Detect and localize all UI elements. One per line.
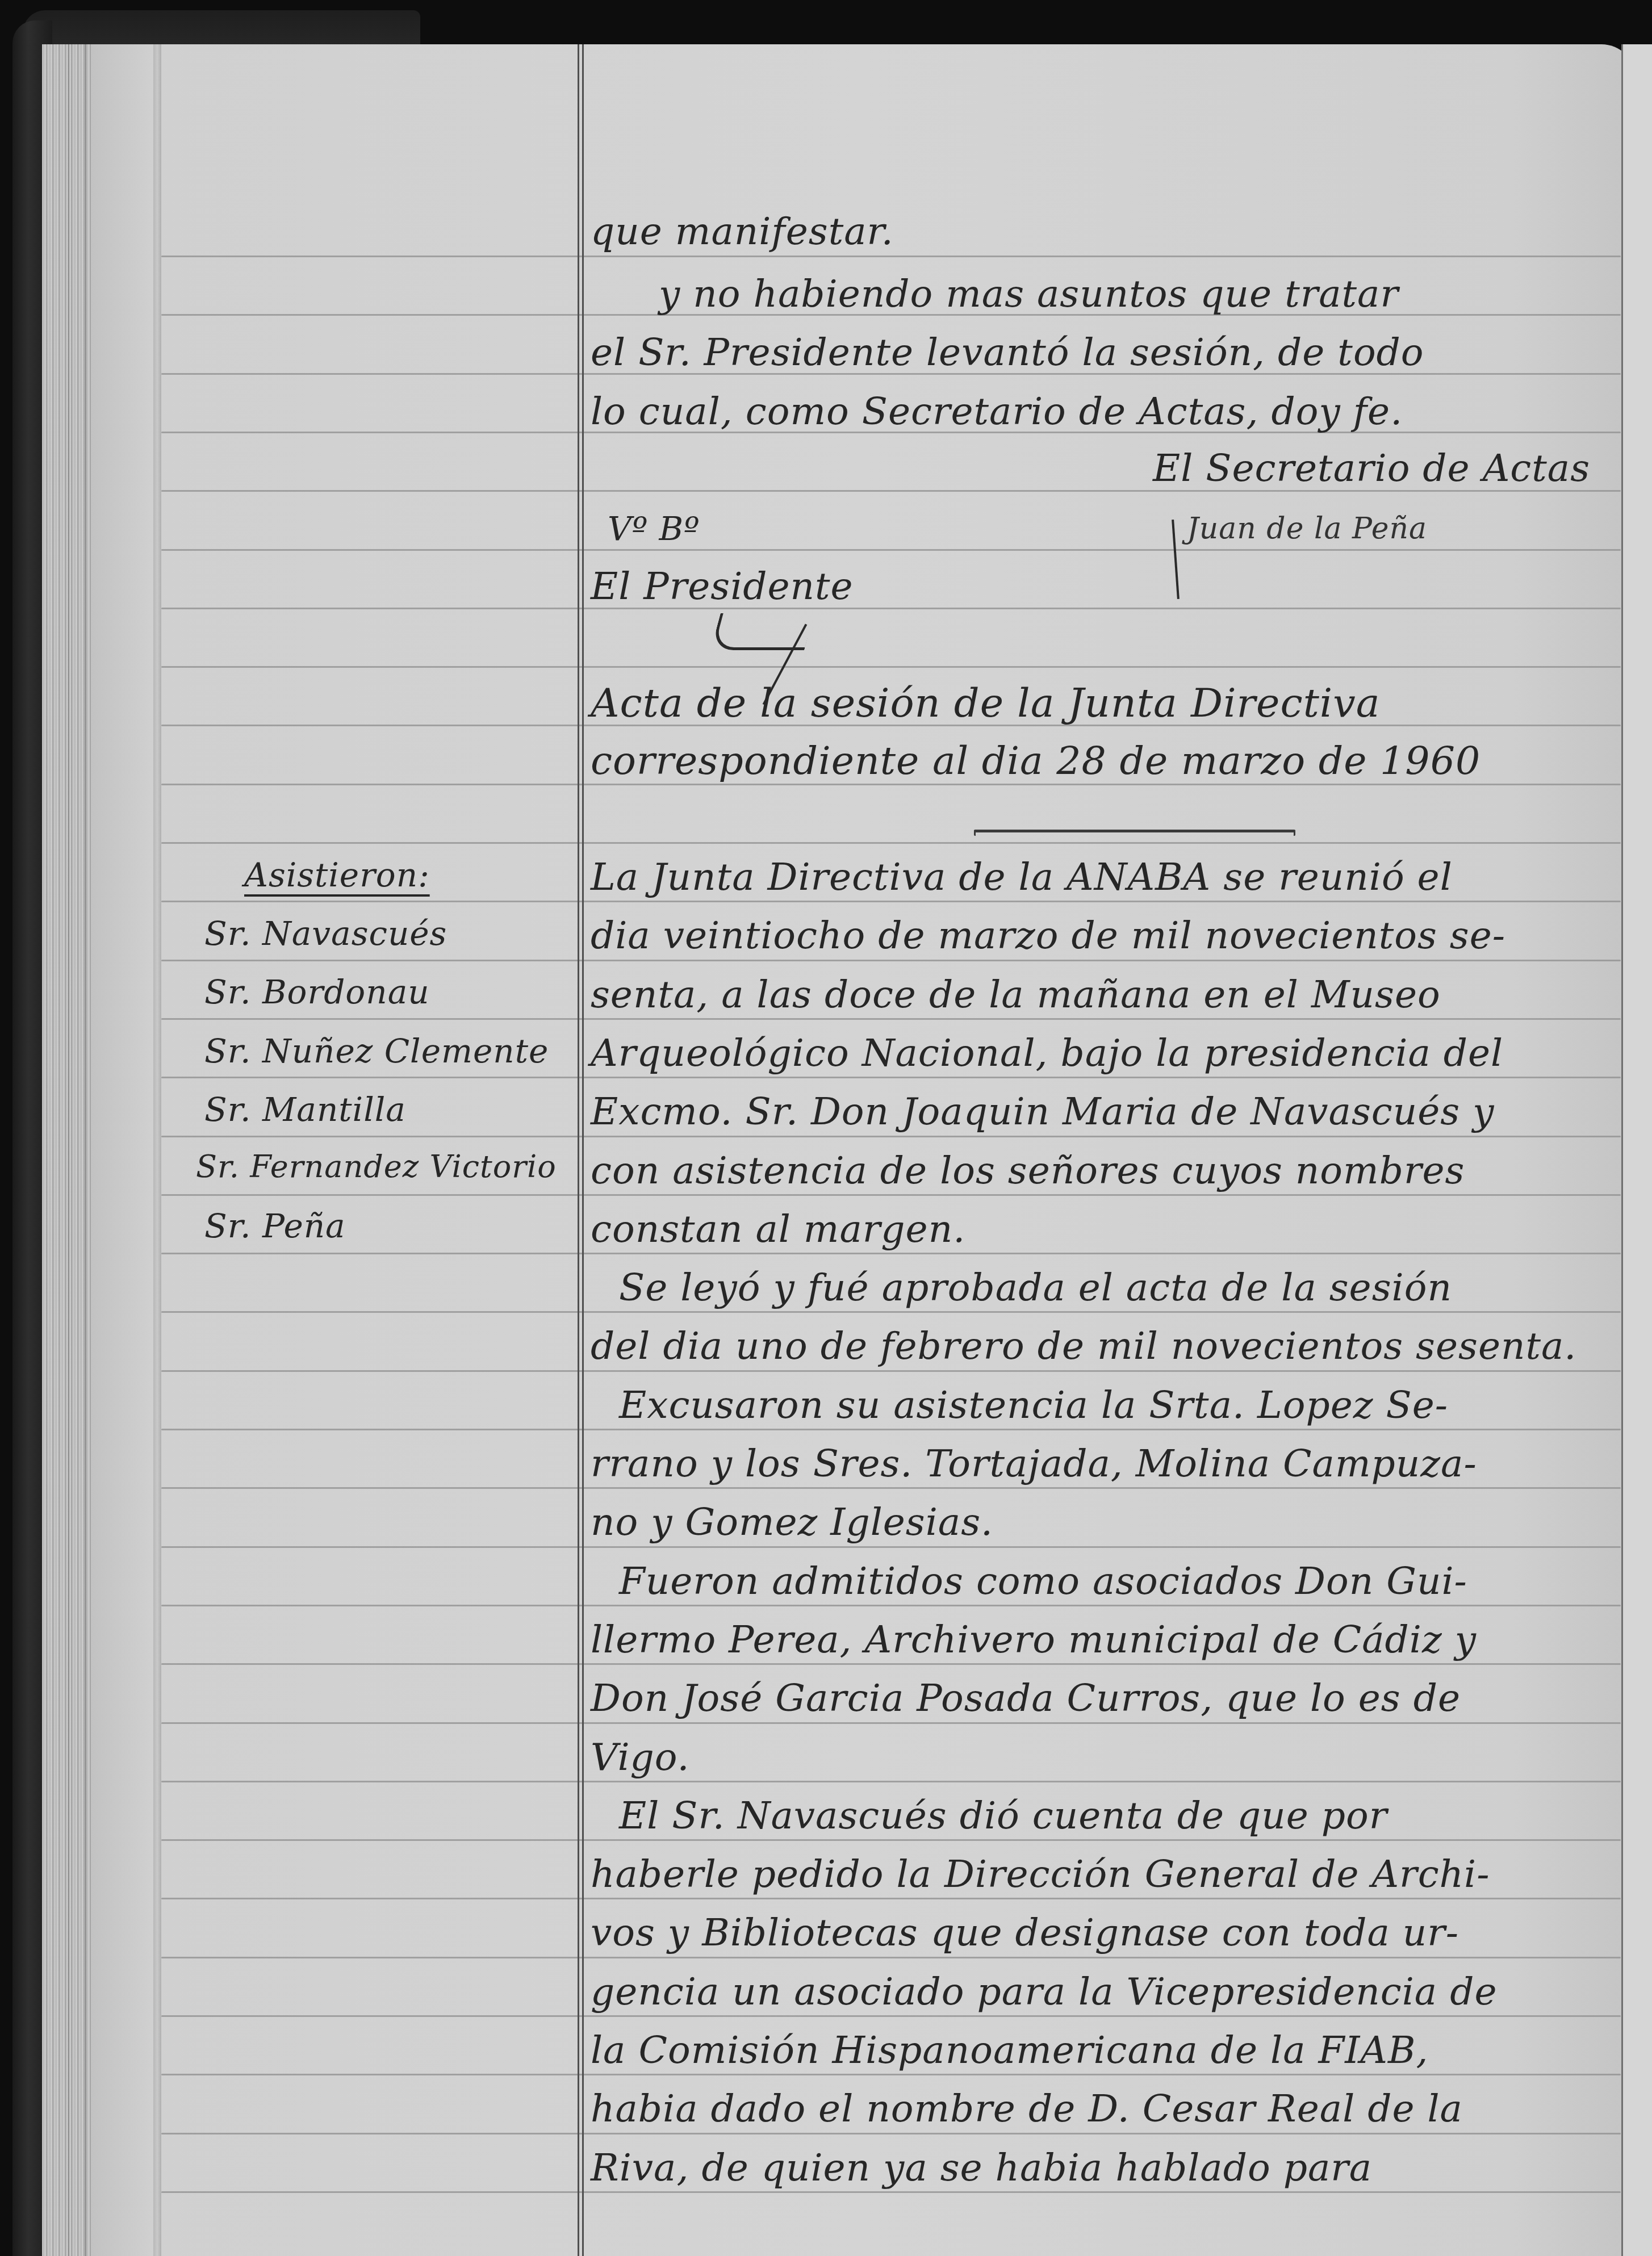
body-line: Vigo. xyxy=(591,1739,689,1776)
ruled-line xyxy=(161,901,1621,902)
ruled-line xyxy=(161,2133,1621,2134)
ruled-line xyxy=(161,2015,1621,2017)
body-line: haberle pedido la Dirección General de A… xyxy=(591,1856,1490,1893)
body-line: Don José Garcia Posada Curros, que lo es… xyxy=(591,1680,1461,1717)
body-line: Se leyó y fué aprobada el acta de la ses… xyxy=(619,1269,1452,1307)
ruled-line xyxy=(161,1957,1621,1958)
body-line: con asistencia de los señores cuyos nomb… xyxy=(591,1152,1465,1190)
attendee: Sr. Fernandez Victorio xyxy=(196,1152,557,1182)
body-line: Riva, de quien ya se habia hablado para xyxy=(591,2149,1372,2187)
ruled-line xyxy=(161,1194,1621,1196)
secretary-title: El Secretario de Actas xyxy=(1153,450,1590,487)
ruled-line xyxy=(161,549,1621,551)
body-line: La Junta Directiva de la ANABA se reunió… xyxy=(591,859,1453,896)
ruled-line xyxy=(161,784,1621,785)
attendee: Sr. Navascués xyxy=(204,917,447,950)
adjacent-page-edge xyxy=(1621,44,1652,2256)
closing-line: que manifestar. xyxy=(591,213,894,250)
closing-line: el Sr. Presidente levantó la sesión, de … xyxy=(591,334,1424,371)
ruled-line xyxy=(161,1781,1621,1782)
body-line: habia dado el nombre de D. Cesar Real de… xyxy=(591,2090,1463,2128)
ruled-line xyxy=(161,666,1621,668)
ruled-line xyxy=(161,1605,1621,1606)
book-spine-top xyxy=(23,10,420,45)
ruled-line xyxy=(161,2191,1621,2193)
ruled-line xyxy=(161,1136,1621,1137)
body-line: senta, a las doce de la mañana en el Mus… xyxy=(591,976,1441,1014)
ruled-line xyxy=(161,1253,1621,1254)
ruled-line xyxy=(161,1429,1621,1430)
body-line: constan al margen. xyxy=(591,1211,965,1248)
margin-line xyxy=(578,44,579,2256)
ruled-line xyxy=(161,1311,1621,1313)
ruled-line xyxy=(161,608,1621,609)
attendees-title: Asistieron: xyxy=(244,859,430,891)
president-signature-scrawl xyxy=(710,613,814,650)
body-line: no y Gomez Iglesias. xyxy=(591,1504,993,1541)
margin-line xyxy=(582,44,584,2256)
attendee: Sr. Peña xyxy=(204,1209,346,1242)
ruled-line xyxy=(161,1839,1621,1841)
ruled-line xyxy=(161,490,1621,492)
approval-mark: Vº Bº xyxy=(608,512,700,545)
body-line: rrano y los Sres. Tortajada, Molina Camp… xyxy=(591,1445,1477,1483)
ruled-line xyxy=(161,1663,1621,1665)
ruled-line xyxy=(161,1722,1621,1724)
body-line: Excusaron su asistencia la Srta. Lopez S… xyxy=(619,1387,1448,1424)
page-edge-line xyxy=(85,44,86,2256)
ruled-line xyxy=(161,1077,1621,1078)
closing-line: lo cual, como Secretario de Actas, doy f… xyxy=(591,393,1403,430)
body-line: Arqueológico Nacional, bajo la presidenc… xyxy=(591,1035,1503,1072)
ruled-line xyxy=(161,1370,1621,1372)
body-line: llermo Perea, Archivero municipal de Cád… xyxy=(591,1621,1477,1659)
ruled-line xyxy=(161,842,1621,844)
president-title: El Presidente xyxy=(591,568,854,605)
attendee: Sr. Nuñez Clemente xyxy=(204,1035,549,1068)
ruled-line xyxy=(161,1546,1621,1548)
body-line: Excmo. Sr. Don Joaquin Maria de Navascué… xyxy=(591,1093,1494,1131)
ruled-line xyxy=(161,1487,1621,1489)
closing-line: y no habiendo mas asuntos que tratar xyxy=(659,275,1399,313)
ruled-line xyxy=(161,2074,1621,2075)
ruled-line xyxy=(161,256,1621,257)
inner-page-fold xyxy=(153,44,161,2256)
body-line: gencia un asociado para la Vicepresidenc… xyxy=(591,1973,1497,2011)
minutes-heading: Acta de la sesión de la Junta Directiva xyxy=(591,683,1380,723)
page-edge-line xyxy=(68,44,69,2256)
minutes-heading-date: correspondiente al dia 28 de marzo de 19… xyxy=(591,742,1480,781)
body-line: del dia uno de febrero de mil noveciento… xyxy=(591,1328,1576,1365)
body-line: vos y Bibliotecas que designase con toda… xyxy=(591,1914,1459,1952)
body-line: El Sr. Navascués dió cuenta de que por xyxy=(619,1797,1387,1835)
body-line: la Comisión Hispanoamericana de la FIAB, xyxy=(591,2032,1428,2069)
body-line: Fueron admitidos como asociados Don Gui- xyxy=(619,1563,1467,1600)
body-line: dia veintiocho de marzo de mil novecient… xyxy=(591,917,1505,955)
ruled-line xyxy=(161,960,1621,961)
attendee: Sr. Bordonau xyxy=(204,976,430,1008)
heading-divider xyxy=(974,830,1295,836)
secretary-signature: Juan de la Peña xyxy=(1187,514,1427,543)
ruled-line xyxy=(161,1898,1621,1899)
ruled-line xyxy=(161,1018,1621,1020)
attendee: Sr. Mantilla xyxy=(204,1093,406,1126)
